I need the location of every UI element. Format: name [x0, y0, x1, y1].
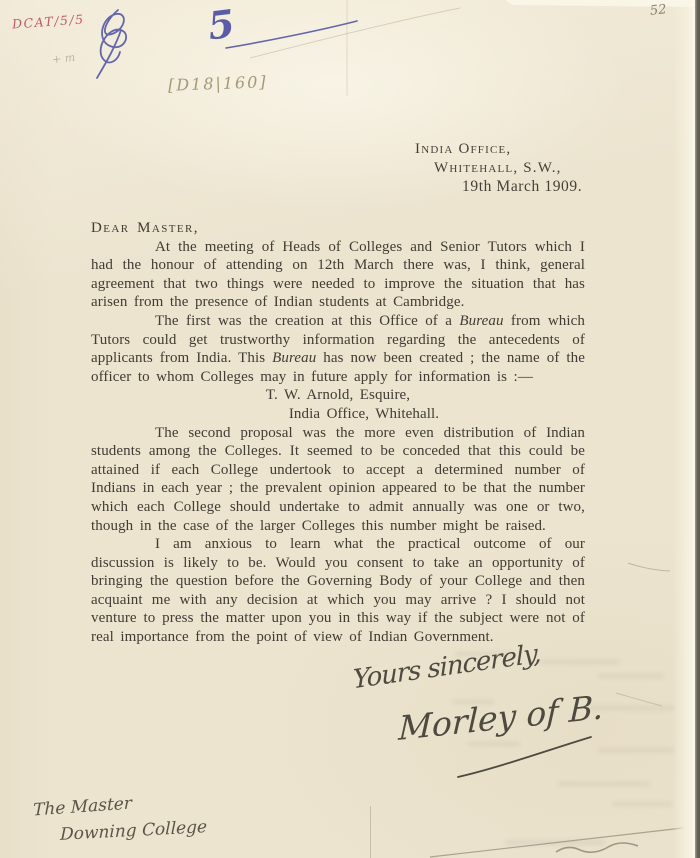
paragraph-2-text: The first was the creation at this Offic… [155, 313, 459, 329]
letterhead-address: Whitehall, S.W., [434, 160, 562, 177]
letterhead-date: 19th March 1909. [462, 178, 582, 196]
show-through-mark [505, 840, 605, 845]
paragraph-2: The first was the creation at this Offic… [91, 312, 585, 386]
scan-background-edge [695, 0, 700, 858]
scanned-letter-page: DCAT/5/5 5 [D18|160] 52 + m India Office… [0, 0, 700, 858]
officer-name: T. W. Arnold, Esquire, [266, 387, 410, 403]
folio-number-pencil: 52 [649, 2, 667, 19]
show-through-mark [558, 782, 650, 786]
page-edge-highlight [673, 0, 695, 858]
pencil-reference: [D18|160] [168, 72, 268, 94]
show-through-mark [598, 674, 664, 678]
paragraph-1: At the meeting of Heads of Colleges and … [91, 238, 585, 312]
show-through-mark [612, 802, 672, 806]
officer-address: India Office, Whitehall. [117, 405, 611, 424]
show-through-mark [540, 660, 620, 664]
bureau-italic: Bureau [459, 313, 503, 329]
show-through-mark [468, 742, 520, 746]
faint-pencil-mark: + m [51, 51, 75, 66]
paragraph-3: The second proposal was the more even di… [91, 424, 585, 536]
bureau-italic: Bureau [272, 350, 316, 366]
page-number-blue-ink: 5 [205, 1, 237, 49]
officer-contact-block: T. W. Arnold, Esquire, India Office, Whi… [91, 386, 585, 423]
faint-pencil-stroke [370, 806, 371, 858]
paragraph-4: I am anxious to learn what the practical… [91, 535, 585, 647]
letter-body: Dear Master, At the meeting of Heads of … [91, 219, 585, 647]
letterhead-office: India Office, [415, 141, 511, 158]
salutation: Dear Master, [91, 219, 585, 238]
show-through-mark [598, 748, 674, 752]
